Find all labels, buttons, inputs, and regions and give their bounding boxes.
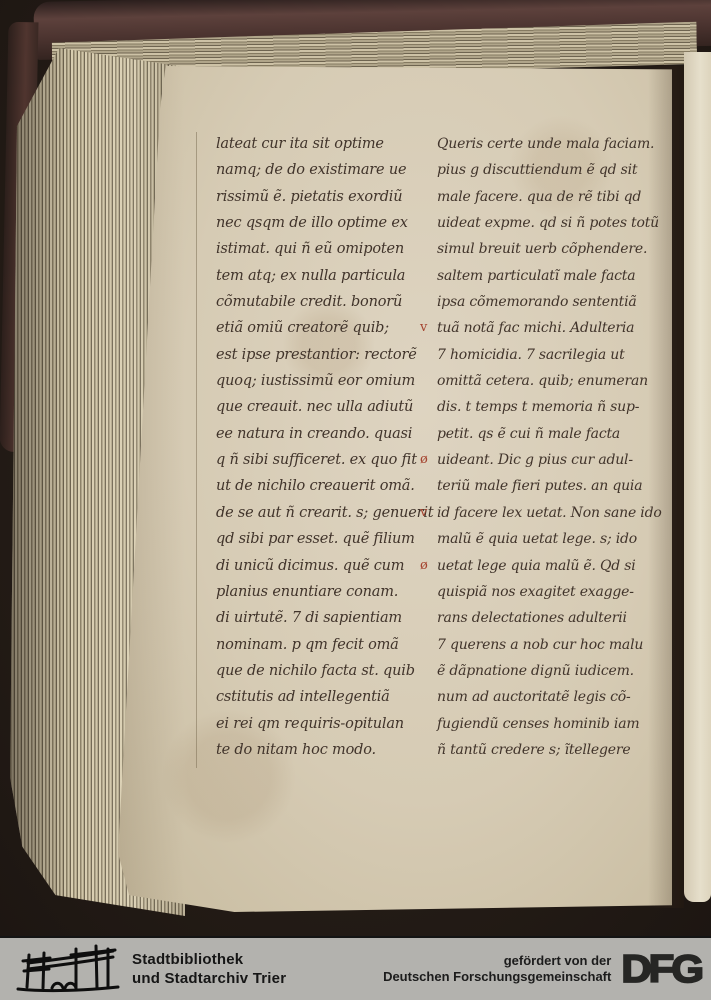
text-column-left: lateat cur ita sit optimenamq; de do exi…	[216, 131, 424, 763]
manuscript-line: quispiã nos exagitet exagge-	[420, 579, 672, 605]
manuscript-line-text: saltem particulatĩ male facta	[437, 268, 635, 284]
manuscript-line: Queris certe unde mala faciam.	[420, 131, 672, 157]
manuscript-line: 7 homicidia. 7 sacrilegia ut	[420, 342, 672, 368]
manuscript-line: di unicũ dicimus. quẽ cum	[216, 553, 424, 579]
manuscript-line: de se aut ñ crearit. s; genuerit	[216, 500, 424, 526]
digitized-manuscript-scan: lateat cur ita sit optimenamq; de do exi…	[0, 0, 711, 1000]
rubric-speaker-mark: ø	[420, 450, 428, 470]
manuscript-line: petit. qs ẽ cui ñ male facta	[420, 421, 672, 447]
manuscript-line: ẽ dãpnatione dignũ iudicem.	[420, 658, 672, 684]
manuscript-line-text: namq; de do existimare ue	[216, 162, 406, 178]
manuscript-line-text: uideat expme. qd si ñ potes totũ	[437, 215, 659, 231]
manuscript-line-text: 7 homicidia. 7 sacrilegia ut	[437, 347, 625, 363]
funding-credit-line1: gefördert von der	[383, 953, 611, 970]
manuscript-line: num ad auctoritatẽ legis cõ-	[420, 684, 672, 710]
manuscript-line: vid facere lex uetat. Non sane ido	[420, 500, 672, 526]
manuscript-line: istimat. qui ñ eũ omipoten	[216, 236, 424, 262]
manuscript-line: øuetat lege quia malũ ẽ. Qd si	[420, 553, 672, 579]
funding-credit-line2: Deutschen Forschungsgemeinschaft	[383, 969, 611, 986]
funding-credit: gefördert von der Deutschen Forschungsge…	[383, 953, 611, 986]
manuscript-line: rissimũ ẽ. pietatis exordiũ	[216, 184, 424, 210]
manuscript-line: ee natura in creando. quasi	[216, 421, 424, 447]
manuscript-line-text: num ad auctoritatẽ legis cõ-	[437, 689, 631, 705]
manuscript-line: cõmutabile credit. bonorũ	[216, 289, 424, 315]
manuscript-line-text: ei rei qm requiris-opitulan	[216, 716, 404, 732]
dfg-logo: DFG	[621, 950, 701, 989]
manuscript-line-text: qd sibi par esset. quẽ filium	[216, 531, 415, 547]
manuscript-line: malũ ẽ quia uetat lege. s; ido	[420, 526, 672, 552]
manuscript-line-text: rissimũ ẽ. pietatis exordiũ	[216, 189, 402, 205]
manuscript-line-text: q ñ sibi sufficeret. ex quo fit	[216, 452, 417, 468]
manuscript-line: uideat expme. qd si ñ potes totũ	[420, 210, 672, 236]
manuscript-line-text: te do nitam hoc modo.	[216, 742, 376, 758]
photo-background: lateat cur ita sit optimenamq; de do exi…	[0, 0, 711, 936]
manuscript-line-text: uideant. Dic g pius cur adul-	[437, 452, 633, 468]
manuscript-line-text: lateat cur ita sit optime	[216, 136, 384, 152]
rubric-speaker-mark: ø	[420, 556, 428, 576]
manuscript-line: pius g discuttiendum ẽ qd sit	[420, 157, 672, 183]
manuscript-line: est ipse prestantior: rectorẽ	[216, 342, 424, 368]
manuscript-line: omittã cetera. quib; enumeran	[420, 368, 672, 394]
manuscript-line-text: pius g discuttiendum ẽ qd sit	[437, 162, 637, 178]
rubric-speaker-mark: v	[420, 503, 427, 523]
library-name: Stadtbibliothek und Stadtarchiv Trier	[132, 950, 286, 988]
manuscript-line: ut de nichilo creauerit omã.	[216, 473, 424, 499]
manuscript-line-text: planius enuntiare conam.	[216, 584, 398, 600]
manuscript-line: fugiendũ censes hominib iam	[420, 711, 672, 737]
manuscript-line: ñ tantũ credere s; ĩtellegere	[420, 737, 672, 763]
manuscript-line-text: cõmutabile credit. bonorũ	[216, 294, 402, 310]
manuscript-line: nominam. p qm fecit omã	[216, 632, 424, 658]
ruling-line	[196, 132, 197, 768]
manuscript-line-text: omittã cetera. quib; enumeran	[437, 373, 648, 389]
manuscript-line-text: de se aut ñ crearit. s; genuerit	[216, 505, 433, 521]
manuscript-line-text: id facere lex uetat. Non sane ido	[437, 505, 662, 521]
facing-page-edge	[684, 52, 711, 902]
manuscript-line: ei rei qm requiris-opitulan	[216, 711, 424, 737]
manuscript-line-text: etiã omiũ creatorẽ quib;	[216, 320, 389, 336]
manuscript-line: cstitutis ad intellegentiã	[216, 684, 424, 710]
manuscript-line-text: est ipse prestantior: rectorẽ	[216, 347, 417, 363]
manuscript-line-text: simul breuit uerb cõphendere.	[437, 241, 647, 257]
manuscript-line-text: uetat lege quia malũ ẽ. Qd si	[437, 558, 636, 574]
manuscript-line-text: Queris certe unde mala faciam.	[437, 136, 654, 152]
manuscript-line-text: nec qsqm de illo optime ex	[216, 215, 408, 231]
manuscript-line-text: di unicũ dicimus. quẽ cum	[216, 558, 404, 574]
manuscript-line-text: quispiã nos exagitet exagge-	[437, 584, 634, 600]
manuscript-line: nec qsqm de illo optime ex	[216, 210, 424, 236]
manuscript-line: que creauit. nec ulla adiutũ	[216, 394, 424, 420]
credits-banner: Stadtbibliothek und Stadtarchiv Trier ge…	[0, 936, 711, 1000]
manuscript-line: ipsa cõmemorando sententiã	[420, 289, 672, 315]
manuscript-line-text: que creauit. nec ulla adiutũ	[216, 399, 413, 415]
library-name-line1: Stadtbibliothek	[132, 950, 286, 969]
manuscript-line-text: teriũ male fieri putes. an quia	[437, 478, 642, 494]
manuscript-line-text: tuã notã fac michi. Adulteria	[437, 320, 634, 336]
manuscript-line: rans delectationes adulterii	[420, 605, 672, 631]
manuscript-line: 7 querens a nob cur hoc malu	[420, 632, 672, 658]
manuscript-line-text: istimat. qui ñ eũ omipoten	[216, 241, 404, 257]
manuscript-line-text: dis. t temps t memoria ñ sup-	[437, 399, 639, 415]
manuscript-line: te do nitam hoc modo.	[216, 737, 424, 763]
manuscript-line-text: nominam. p qm fecit omã	[216, 637, 399, 653]
manuscript-line: teriũ male fieri putes. an quia	[420, 473, 672, 499]
manuscript-line: q ñ sibi sufficeret. ex quo fit	[216, 447, 424, 473]
manuscript-line: qd sibi par esset. quẽ filium	[216, 526, 424, 552]
manuscript-line: dis. t temps t memoria ñ sup-	[420, 394, 672, 420]
manuscript-line-text: ee natura in creando. quasi	[216, 426, 412, 442]
manuscript-line-text: fugiendũ censes hominib iam	[437, 716, 639, 732]
manuscript-line-text: tem atq; ex nulla particula	[216, 268, 405, 284]
manuscript-line-text: male facere. qua de rẽ tibi qd	[437, 189, 641, 205]
manuscript-line-text: ut de nichilo creauerit omã.	[216, 478, 415, 494]
library-name-line2: und Stadtarchiv Trier	[132, 969, 286, 988]
manuscript-line: namq; de do existimare ue	[216, 157, 424, 183]
manuscript-line: vtuã notã fac michi. Adulteria	[420, 315, 672, 341]
manuscript-line: saltem particulatĩ male facta	[420, 263, 672, 289]
manuscript-line: lateat cur ita sit optime	[216, 131, 424, 157]
manuscript-line: di uirtutẽ. 7 di sapientiam	[216, 605, 424, 631]
manuscript-line-text: cstitutis ad intellegentiã	[216, 689, 390, 705]
manuscript-line-text: di uirtutẽ. 7 di sapientiam	[216, 610, 402, 626]
text-column-right: Queris certe unde mala faciam.pius g dis…	[420, 131, 672, 763]
manuscript-line: øuideant. Dic g pius cur adul-	[420, 447, 672, 473]
manuscript-line-text: que de nichilo facta st. quib	[216, 663, 415, 679]
manuscript-line-text: ipsa cõmemorando sententiã	[437, 294, 637, 310]
manuscript-line-text: rans delectationes adulterii	[437, 610, 627, 626]
manuscript-line: quoq; iustissimũ eor omium	[216, 368, 424, 394]
manuscript-line: tem atq; ex nulla particula	[216, 263, 424, 289]
manuscript-line-text: ñ tantũ credere s; ĩtellegere	[437, 742, 630, 758]
manuscript-line: planius enuntiare conam.	[216, 579, 424, 605]
manuscript-line-text: 7 querens a nob cur hoc malu	[437, 637, 643, 653]
manuscript-line-text: ẽ dãpnatione dignũ iudicem.	[437, 663, 634, 679]
manuscript-line: que de nichilo facta st. quib	[216, 658, 424, 684]
manuscript-line-text: petit. qs ẽ cui ñ male facta	[437, 426, 620, 442]
porta-nigra-logo-icon	[16, 943, 120, 995]
manuscript-line: simul breuit uerb cõphendere.	[420, 236, 672, 262]
manuscript-line: male facere. qua de rẽ tibi qd	[420, 184, 672, 210]
rubric-speaker-mark: v	[420, 318, 427, 338]
manuscript-line-text: malũ ẽ quia uetat lege. s; ido	[437, 531, 637, 547]
manuscript-line-text: quoq; iustissimũ eor omium	[216, 373, 415, 389]
manuscript-line: etiã omiũ creatorẽ quib;	[216, 315, 424, 341]
